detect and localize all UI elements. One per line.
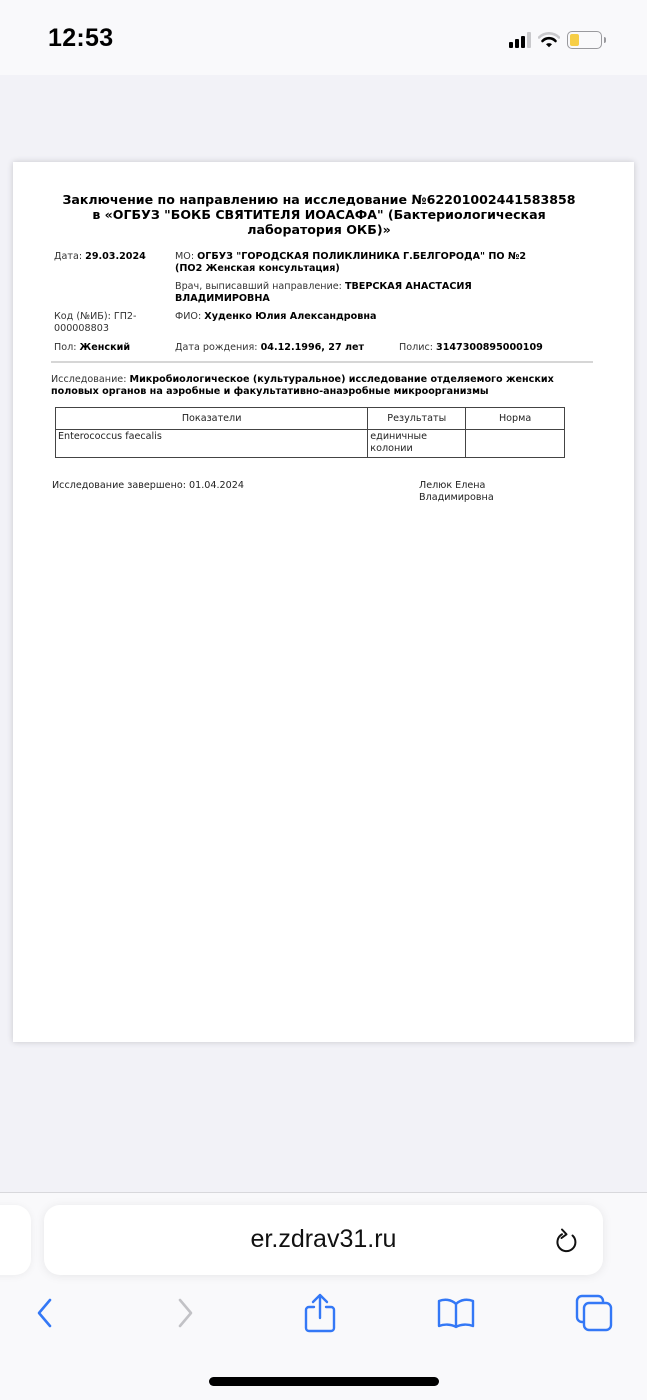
title-line-1: Заключение по направлению на исследовани… [33, 192, 605, 207]
forward-button[interactable] [165, 1293, 205, 1333]
battery-icon [567, 31, 602, 49]
results-table: Показатели Результаты Норма Enterococcus… [55, 407, 565, 458]
indicator-cell: Enterococcus faecalis [56, 430, 368, 458]
referral-date: Дата: 29.03.2024 [54, 251, 146, 263]
wifi-icon [538, 32, 560, 48]
referral-date-value: 29.03.2024 [85, 251, 146, 262]
result-cell: единичные колонии [368, 430, 466, 458]
bookmarks-icon[interactable] [436, 1296, 476, 1330]
divider [51, 361, 593, 363]
status-bar: 12:53 [0, 0, 647, 75]
share-icon[interactable] [303, 1293, 337, 1333]
norm-cell [466, 430, 565, 458]
record-code: Код (№ИБ): ГП2- 000008803 [54, 311, 137, 334]
tabs-icon[interactable] [575, 1294, 613, 1332]
patient-name: ФИО: Худенко Юлия Александровна [175, 311, 376, 323]
signer-name: Лелюк Елена Владимировна [419, 480, 494, 503]
insurance-policy: Полис: 3147300895000109 [399, 342, 543, 354]
document-title: Заключение по направлению на исследовани… [33, 192, 605, 237]
table-row: Enterococcus faecalis единичные колонии [56, 430, 565, 458]
reload-icon[interactable] [553, 1226, 581, 1256]
cellular-signal-icon [509, 32, 531, 48]
tabs-button[interactable] [574, 1293, 614, 1333]
medical-organization: МО: ОГБУЗ "ГОРОДСКАЯ ПОЛИКЛИНИКА Г.БЕЛГО… [175, 251, 526, 274]
study-completed: Исследование завершено: 01.04.2024 [52, 480, 244, 492]
status-time: 12:53 [48, 24, 113, 53]
status-icons [509, 29, 602, 51]
bookmarks-button[interactable] [436, 1293, 476, 1333]
browser-bottom-bar: er.zdrav31.ru [0, 1192, 647, 1400]
url-text[interactable]: er.zdrav31.ru [44, 1225, 603, 1254]
column-header-results: Результаты [368, 408, 466, 430]
previous-tab-preview[interactable] [0, 1205, 31, 1275]
study-description: Исследование: Микробиологическое (культу… [51, 374, 611, 397]
back-icon[interactable] [35, 1297, 55, 1329]
home-indicator [209, 1377, 439, 1386]
document-page: Заключение по направлению на исследовани… [13, 162, 634, 1042]
share-button[interactable] [300, 1293, 340, 1333]
title-line-2: в «ОГБУЗ "БОКБ СВЯТИТЕЛЯ ИОАСАФА" (Бакте… [33, 207, 605, 222]
column-header-norm: Норма [466, 408, 565, 430]
patient-sex: Пол: Женский [54, 342, 130, 354]
forward-icon[interactable] [175, 1297, 195, 1329]
referring-doctor: Врач, выписавший направление: ТВЕРСКАЯ А… [175, 281, 472, 304]
address-bar[interactable]: er.zdrav31.ru [44, 1205, 603, 1275]
column-header-indicators: Показатели [56, 408, 368, 430]
back-button[interactable] [25, 1293, 65, 1333]
table-header-row: Показатели Результаты Норма [56, 408, 565, 430]
patient-birth-date: Дата рождения: 04.12.1996, 27 лет [175, 342, 364, 354]
title-line-3: лаборатория ОКБ)» [33, 222, 605, 237]
